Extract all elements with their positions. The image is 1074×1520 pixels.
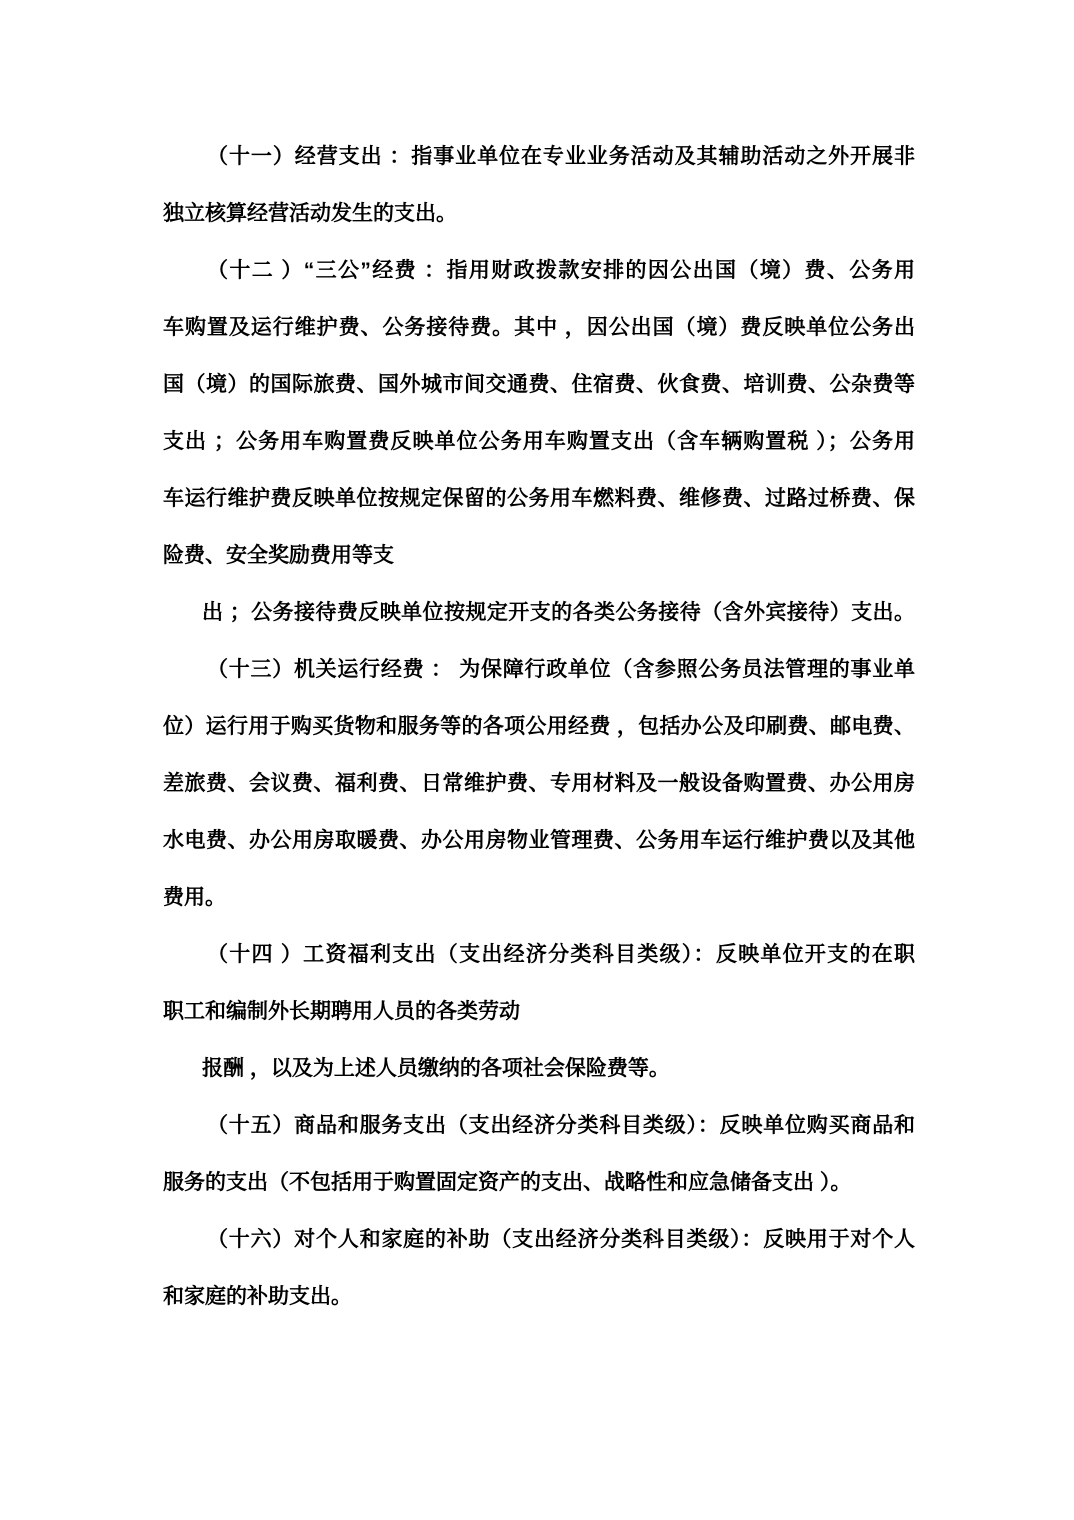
text-line: 职工和编制外长期聘用人员的各类劳动	[163, 983, 915, 1040]
text-line: （十六）对个人和家庭的补助（支出经济分类科目类级）：反映用于对个人	[163, 1211, 915, 1268]
paragraph-item-13: （十三）机关运行经费 ： 为保障行政单位（含参照公务员法管理的事业单位）运行用于…	[163, 641, 915, 926]
paragraph-item-14-continuation: 报酬 ，以及为上述人员缴纳的各项社会保险费等。	[163, 1040, 915, 1097]
text-line: （十二 ）“三公”经费 ：指用财政拨款安排的因公出国（境）费、公务用	[163, 242, 915, 299]
text-line: 和家庭的补助支出。	[163, 1268, 915, 1325]
text-line: 国（境）的国际旅费、国外城市间交通费、住宿费、伙食费、培训费、公杂费等	[163, 356, 915, 413]
paragraph-item-12: （十二 ）“三公”经费 ：指用财政拨款安排的因公出国（境）费、公务用车购置及运行…	[163, 242, 915, 584]
paragraph-item-11: （十一）经营支出 ：指事业单位在专业业务活动及其辅助活动之外开展非独立核算经营活…	[163, 128, 915, 242]
text-line: 水电费、办公用房取暖费、办公用房物业管理费、公务用车运行维护费以及其他	[163, 812, 915, 869]
paragraph-item-15: （十五）商品和服务支出（支出经济分类科目类级）：反映单位购买商品和服务的支出（不…	[163, 1097, 915, 1211]
text-line: （十一）经营支出 ：指事业单位在专业业务活动及其辅助活动之外开展非	[163, 128, 915, 185]
text-line: 险费、安全奖励费用等支	[163, 527, 915, 584]
text-line: 出 ；公务接待费反映单位按规定开支的各类公务接待（含外宾接待）支出。	[163, 584, 915, 641]
text-line: 独立核算经营活动发生的支出。	[163, 185, 915, 242]
document-page: （十一）经营支出 ：指事业单位在专业业务活动及其辅助活动之外开展非独立核算经营活…	[0, 0, 1074, 1520]
text-line: 费用。	[163, 869, 915, 926]
paragraph-item-14: （十四 ）工资福利支出（支出经济分类科目类级）：反映单位开支的在职职工和编制外长…	[163, 926, 915, 1040]
text-line: 支出 ；公务用车购置费反映单位公务用车购置支出（含车辆购置税 ）；公务用	[163, 413, 915, 470]
text-line: 报酬 ，以及为上述人员缴纳的各项社会保险费等。	[163, 1040, 915, 1097]
text-line: （十三）机关运行经费 ： 为保障行政单位（含参照公务员法管理的事业单	[163, 641, 915, 698]
text-line: 服务的支出（不包括用于购置固定资产的支出、战略性和应急储备支出 ）。	[163, 1154, 915, 1211]
text-line: （十五）商品和服务支出（支出经济分类科目类级）：反映单位购买商品和	[163, 1097, 915, 1154]
text-line: 车运行维护费反映单位按规定保留的公务用车燃料费、维修费、过路过桥费、保	[163, 470, 915, 527]
text-line: （十四 ）工资福利支出（支出经济分类科目类级）：反映单位开支的在职	[163, 926, 915, 983]
text-line: 差旅费、会议费、福利费、日常维护费、专用材料及一般设备购置费、办公用房	[163, 755, 915, 812]
text-line: 车购置及运行维护费、公务接待费。其中 ，因公出国（境）费反映单位公务出	[163, 299, 915, 356]
document-body: （十一）经营支出 ：指事业单位在专业业务活动及其辅助活动之外开展非独立核算经营活…	[163, 128, 915, 1325]
text-line: 位）运行用于购买货物和服务等的各项公用经费 ，包括办公及印刷费、邮电费、	[163, 698, 915, 755]
paragraph-item-12-continuation: 出 ；公务接待费反映单位按规定开支的各类公务接待（含外宾接待）支出。	[163, 584, 915, 641]
paragraph-item-16: （十六）对个人和家庭的补助（支出经济分类科目类级）：反映用于对个人和家庭的补助支…	[163, 1211, 915, 1325]
